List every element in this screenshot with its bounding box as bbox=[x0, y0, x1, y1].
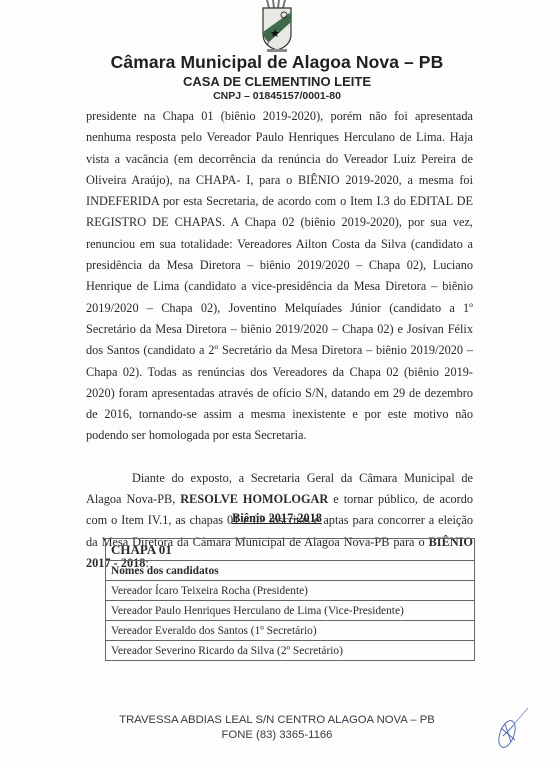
column-header: Nomes dos candidatos bbox=[106, 561, 475, 581]
document-body: presidente na Chapa 01 (biênio 2019-2020… bbox=[86, 106, 473, 574]
table-row: Vereador Paulo Henriques Herculano de Li… bbox=[106, 601, 475, 621]
resolve-homologar-text: RESOLVE HOMOLOGAR bbox=[180, 492, 328, 506]
candidate-cell: Vereador Severino Ricardo da Silva (2º S… bbox=[106, 641, 475, 661]
table-row: Vereador Ícaro Teixeira Rocha (President… bbox=[106, 581, 475, 601]
footer-phone: FONE (83) 3365-1166 bbox=[0, 729, 554, 741]
candidate-cell: Vereador Paulo Henriques Herculano de Li… bbox=[106, 601, 475, 621]
chapa-table: CHAPA 01 Nomes dos candidatos Vereador Í… bbox=[105, 538, 475, 661]
document-subtitle: CASA DE CLEMENTINO LEITE bbox=[0, 74, 554, 89]
coat-of-arms-icon bbox=[255, 0, 299, 52]
table-header-row: Nomes dos candidatos bbox=[106, 561, 475, 581]
table-row: Vereador Severino Ricardo da Silva (2º S… bbox=[106, 641, 475, 661]
document-title: Câmara Municipal de Alagoa Nova – PB bbox=[0, 52, 554, 73]
paragraph-1: presidente na Chapa 01 (biênio 2019-2020… bbox=[86, 106, 473, 447]
table-title-row: CHAPA 01 bbox=[106, 539, 475, 561]
chapa-title: CHAPA 01 bbox=[106, 539, 475, 561]
footer-address: TRAVESSA ABDIAS LEAL S/N CENTRO ALAGOA N… bbox=[0, 714, 554, 726]
bienio-title: Biênio 2017-2018 bbox=[0, 511, 554, 526]
cnpj-label: CNPJ – 01845157/0001-80 bbox=[0, 90, 554, 102]
candidate-cell: Vereador Everaldo dos Santos (1º Secretá… bbox=[106, 621, 475, 641]
signature-icon bbox=[495, 706, 529, 750]
candidate-cell: Vereador Ícaro Teixeira Rocha (President… bbox=[106, 581, 475, 601]
table-row: Vereador Everaldo dos Santos (1º Secretá… bbox=[106, 621, 475, 641]
